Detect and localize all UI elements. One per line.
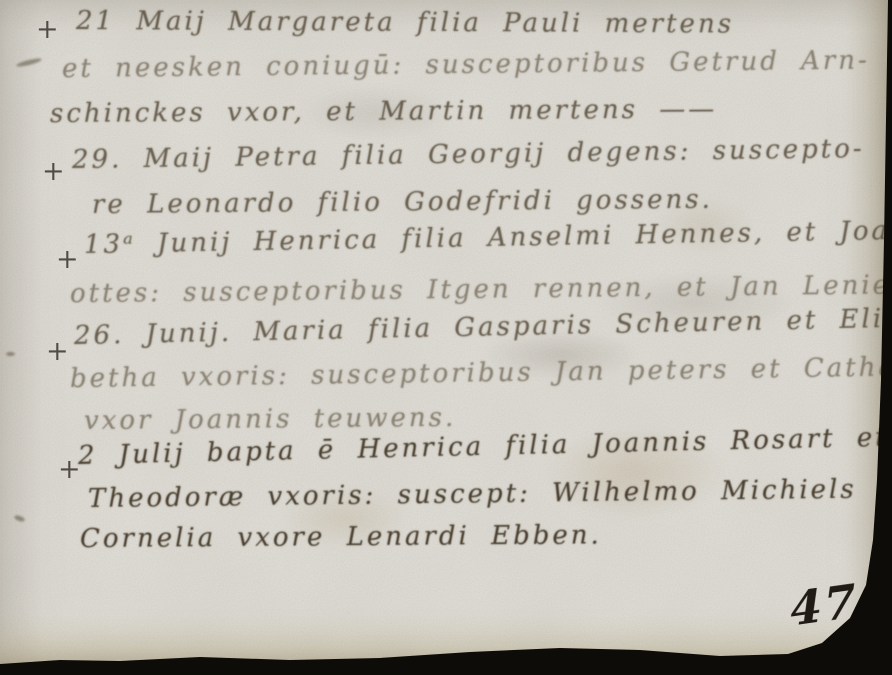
register-entry-line: 29. Maij Petra filia Georgij degens: sus… xyxy=(72,136,865,173)
register-entry-line: vxor Joannis teuwens. xyxy=(84,405,456,434)
entry-cross-marker: + xyxy=(36,16,59,43)
register-entry-line: et neesken coniugū: susceptoribus Getrud… xyxy=(62,48,870,82)
margin-mark xyxy=(13,514,25,522)
register-entry-line: betha vxoris: susceptoribus Jan peters e… xyxy=(70,354,892,392)
register-entry-line: re Leonardo filio Godefridi gossens. xyxy=(92,187,713,218)
entry-cross-marker: + xyxy=(42,158,65,185)
margin-mark xyxy=(6,352,15,356)
register-entry-line: 21 Maij Margareta filia Pauli mertens xyxy=(76,8,734,37)
entry-cross-marker: + xyxy=(56,246,79,273)
register-entry-line: schinckes vxor, et Martin mertens —— xyxy=(50,96,717,127)
register-entry-line: Cornelia vxore Lenardi Ebben. xyxy=(80,522,602,552)
register-entry-line: 13ᵃ Junij Henrica filia Anselmi Hennes, … xyxy=(84,217,892,258)
register-entry-line: 26. Junij. Maria filia Gasparis Scheuren… xyxy=(74,305,892,349)
margin-mark xyxy=(16,57,42,68)
register-entry-line: Theodoræ vxoris: suscept: Wilhelmo Michi… xyxy=(88,476,892,512)
entry-cross-marker: + xyxy=(46,338,69,365)
page-number: 47 xyxy=(789,573,859,637)
manuscript-page: + 21 Maij Margareta filia Pauli mertens … xyxy=(0,0,892,675)
scan-background: + 21 Maij Margareta filia Pauli mertens … xyxy=(0,0,892,675)
register-entry-line: ottes: susceptoribus Itgen rennen, et Ja… xyxy=(70,272,892,307)
